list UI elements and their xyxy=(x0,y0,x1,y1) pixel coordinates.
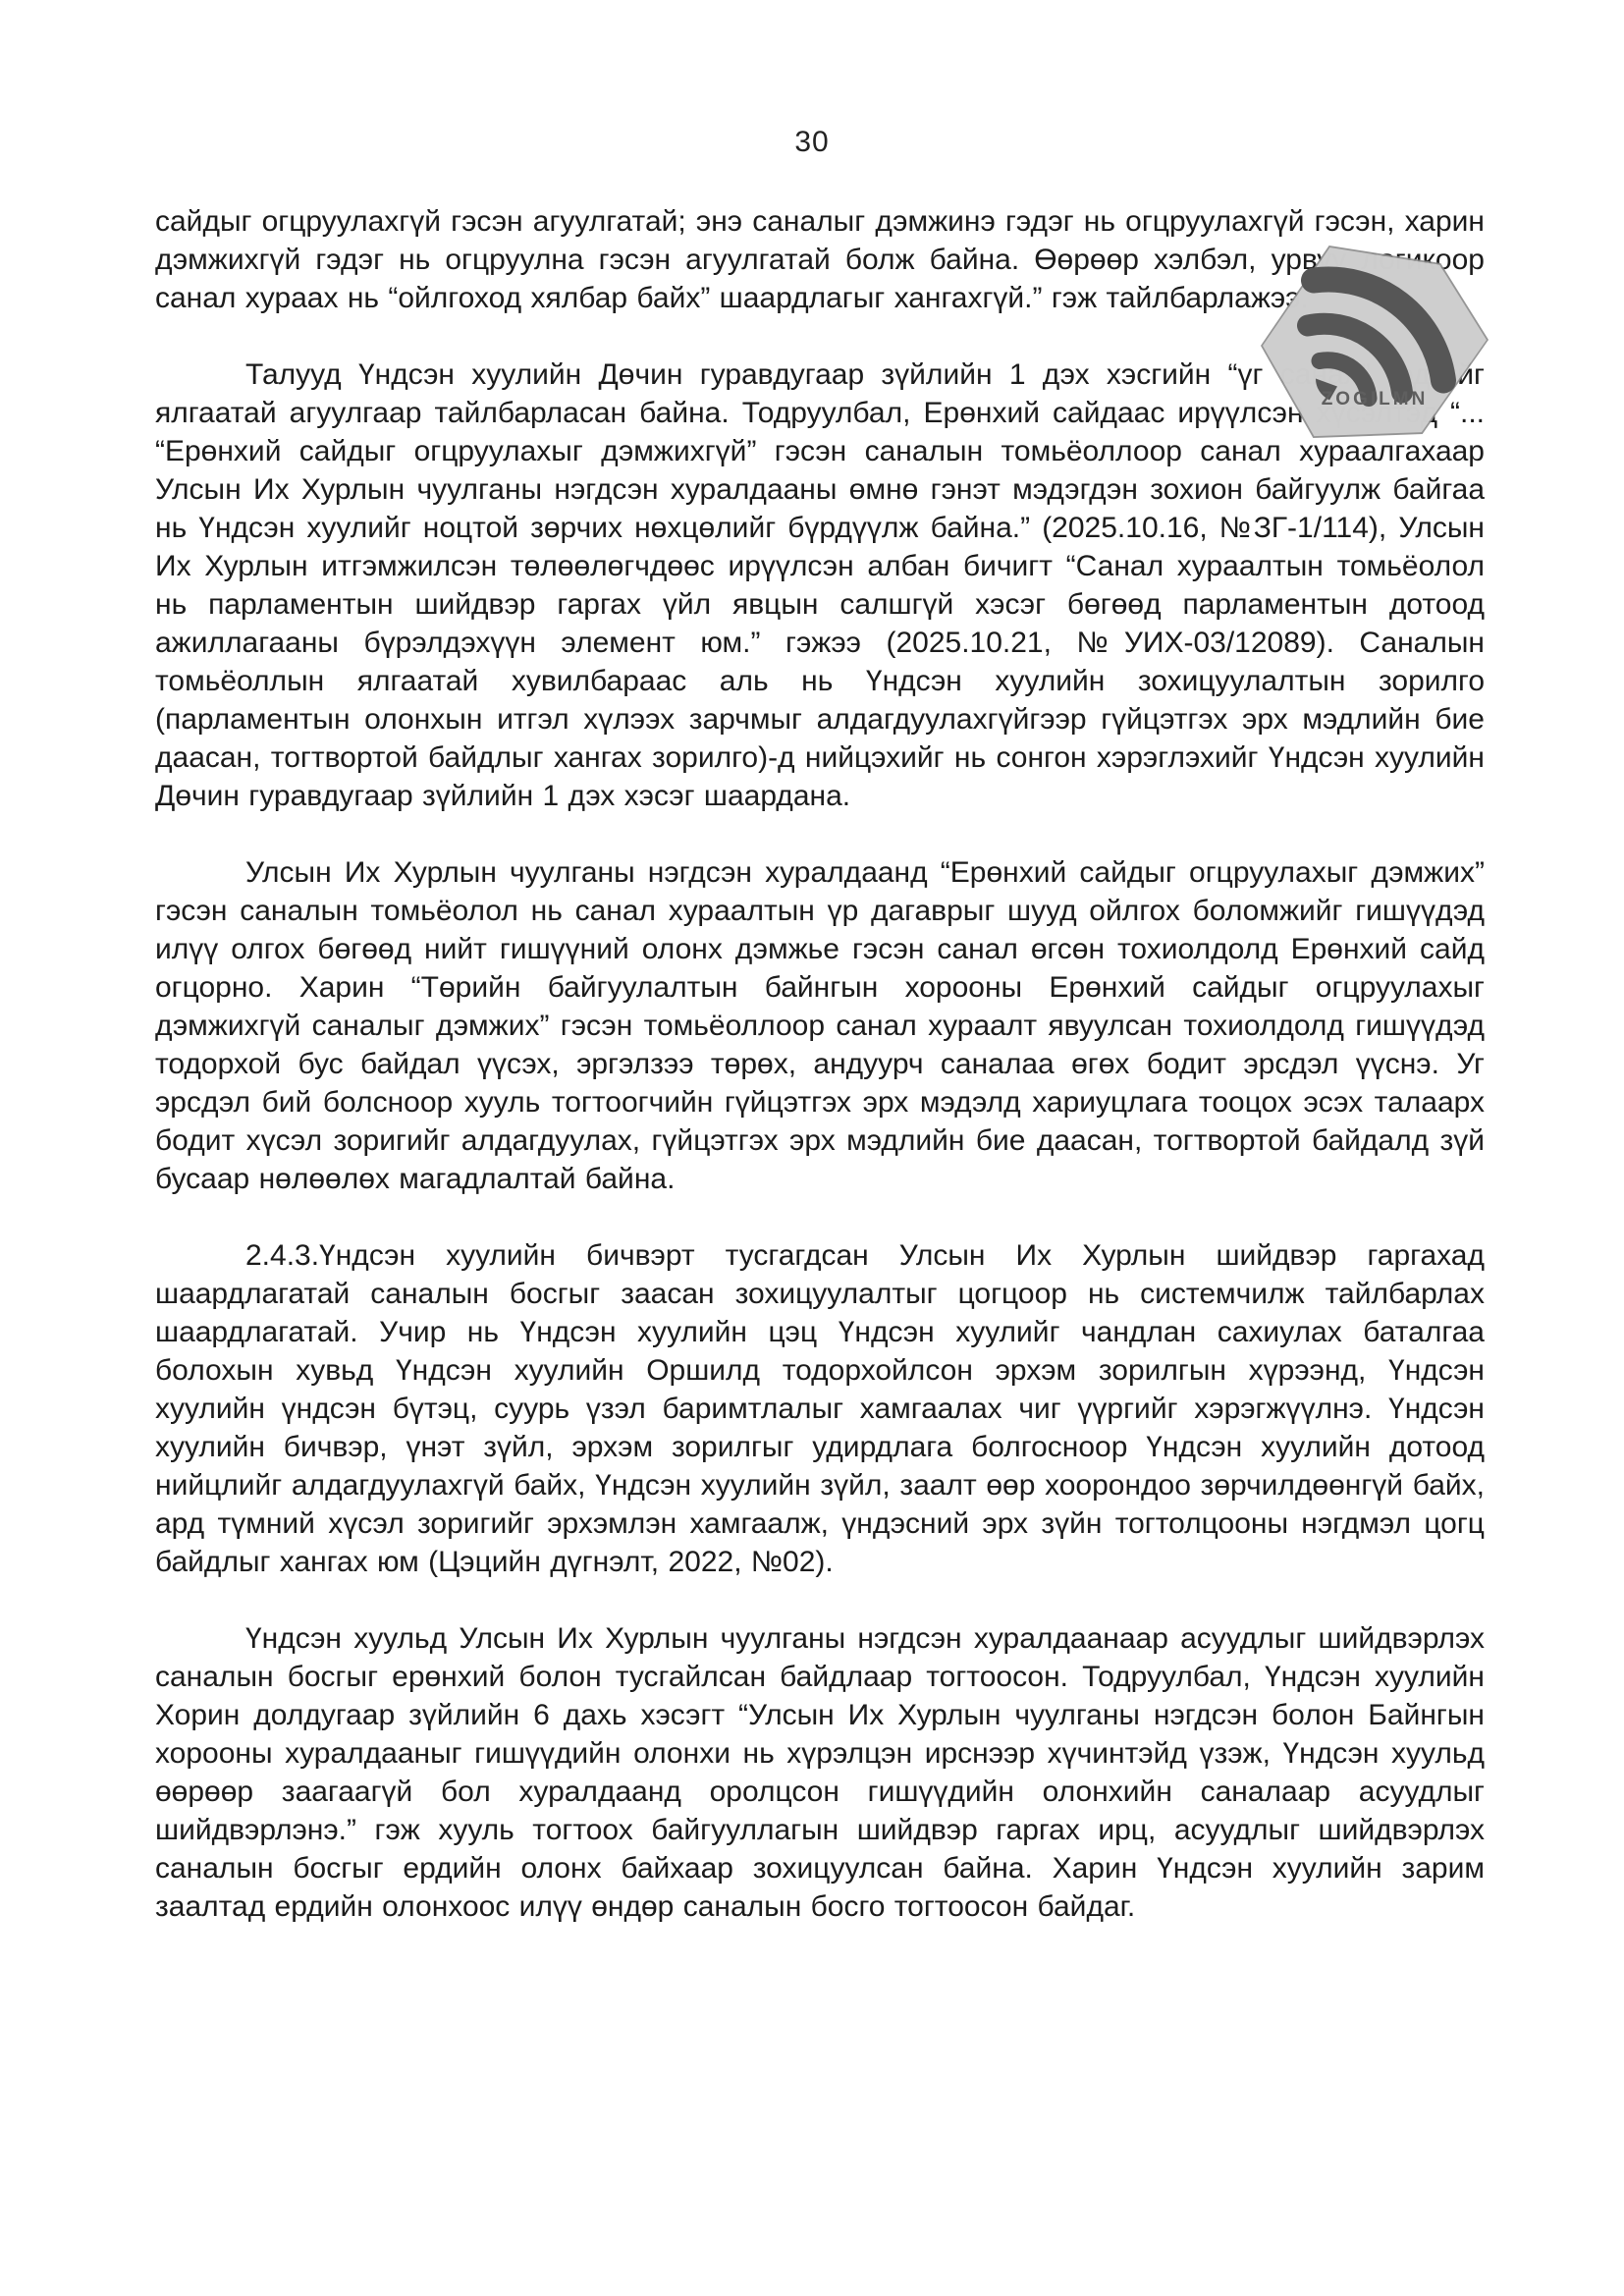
body-paragraph: 2.4.3.Үндсэн хуулийн бичвэрт тусгагдсан … xyxy=(155,1236,1485,1581)
body-paragraph: Үндсэн хуульд Улсын Их Хурлын чуулганы н… xyxy=(155,1619,1485,1926)
document-body: сайдыг огцруулахгүй гэсэн агуулгатай; эн… xyxy=(155,202,1485,1964)
body-paragraph: Талууд Үндсэн хуулийн Дөчин гуравдугаар … xyxy=(155,355,1485,815)
document-page: 30 сайдыг огцруулахгүй гэсэн агуулгатай;… xyxy=(0,0,1624,2296)
body-paragraph: Улсын Их Хурлын чуулганы нэгдсэн хуралда… xyxy=(155,853,1485,1198)
page-number: 30 xyxy=(0,126,1624,159)
body-paragraph: сайдыг огцруулахгүй гэсэн агуулгатай; эн… xyxy=(155,202,1485,317)
